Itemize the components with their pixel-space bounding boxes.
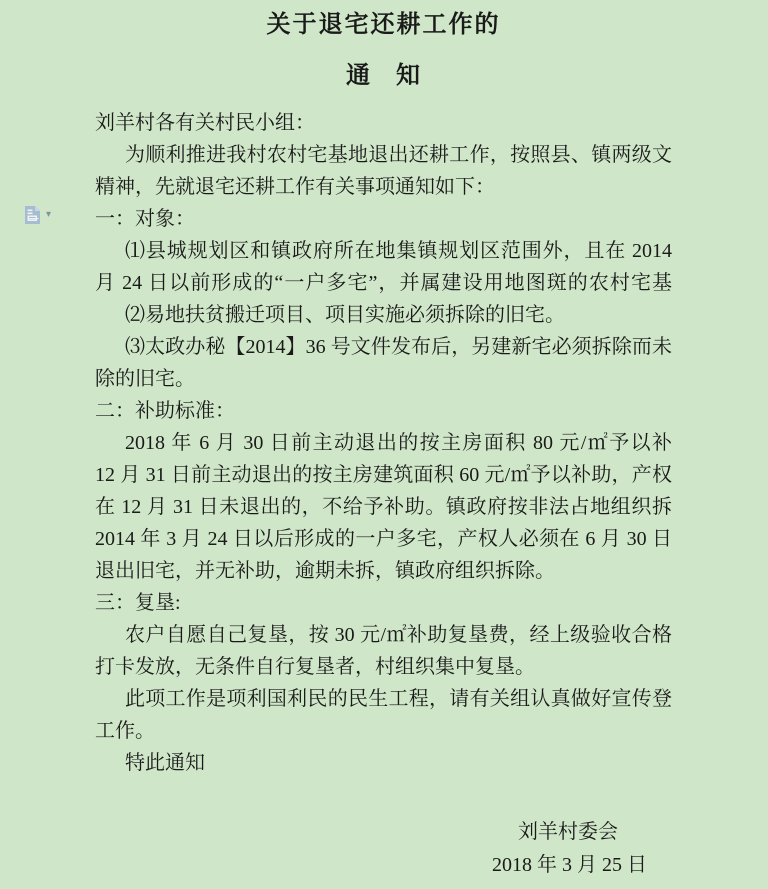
doc-line: 12 月 31 日前主动退出的按主房建筑面积 60 元/㎡予以补助，产权人: [95, 459, 672, 491]
doc-line: 特此通知: [95, 747, 672, 779]
doc-line: 二：补助标准：: [95, 395, 672, 427]
chevron-down-icon: ▾: [46, 210, 51, 220]
doc-line: 打卡发放，无条件自行复垦者，村组织集中复垦。: [95, 651, 672, 683]
doc-line: 月 24 日以前形成的“一户多宅”，并属建设用地图斑的农村宅基地。: [95, 267, 672, 299]
doc-line: ⑴县城规划区和镇政府所在地集镇规划区范围外，且在 2014 年 3: [95, 235, 672, 267]
doc-subtitle: 通 知: [95, 39, 672, 90]
doc-line: 此项工作是项利国利民的民生工程，请有关组认真做好宣传登记: [95, 683, 672, 715]
doc-line: 2014 年 3 月 24 日以后形成的一户多宅，产权人必须在 6 月 30 日…: [95, 523, 672, 555]
doc-line: 为顺利推进我村农村宅基地退出还耕工作，按照县、镇两级文件: [95, 139, 672, 171]
clipboard-paste-icon: [25, 206, 40, 224]
doc-line: ⑶太政办秘【2014】36 号文件发布后，另建新宅必须拆除而未拆: [95, 331, 672, 363]
doc-line: 一：对象：: [95, 203, 672, 235]
doc-line: 在 12 月 31 日未退出的，不给予补助。镇政府按非法占地组织拆除，: [95, 491, 672, 523]
doc-line: ⑵易地扶贫搬迁项目、项目实施必须拆除的旧宅。: [95, 299, 672, 331]
doc-line: 退出旧宅，并无补助，逾期未拆，镇政府组织拆除。: [95, 555, 672, 587]
doc-body: 刘羊村各有关村民小组： 为顺利推进我村农村宅基地退出还耕工作，按照县、镇两级文件…: [95, 107, 672, 779]
doc-line: 农户自愿自己复垦，按 30 元/㎡补助复垦费，经上级验收合格后、: [95, 619, 672, 651]
doc-line: 除的旧宅。: [95, 363, 672, 395]
paste-options-button[interactable]: ▾: [25, 206, 51, 224]
doc-line: 刘羊村各有关村民小组：: [95, 107, 672, 139]
document-page: ▾ 关于退宅还耕工作的 通 知 刘羊村各有关村民小组： 为顺利推进我村农村宅基地…: [0, 0, 768, 889]
document-content: 关于退宅还耕工作的 通 知 刘羊村各有关村民小组： 为顺利推进我村农村宅基地退出…: [95, 0, 672, 882]
doc-line: 精神，先就退宅还耕工作有关事项通知如下：: [95, 171, 672, 203]
doc-line: 工作。: [95, 715, 672, 747]
signature-date: 2018 年 3 月 25 日: [95, 849, 672, 882]
doc-title: 关于退宅还耕工作的: [95, 0, 672, 39]
signature: 刘羊村委会: [95, 816, 672, 849]
doc-line: 三：复垦:: [95, 587, 672, 619]
doc-line: 2018 年 6 月 30 日前主动退出的按主房面积 80 元/㎡予以补助，: [95, 427, 672, 459]
